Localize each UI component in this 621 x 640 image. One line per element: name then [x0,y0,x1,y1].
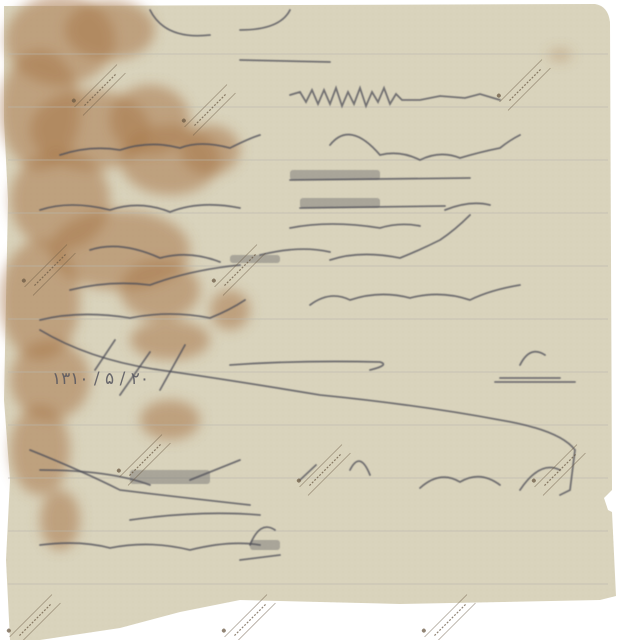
date-annotation: ۱۳۱۰ / ۵ / ۲۰ [52,369,149,389]
scanned-document: ۱۳۱۰ / ۵ / ۲۰ ۱۳۱۰/۵/۲۰ Persian [0,0,621,640]
svg-text:۱۳۱۰ / ۵ / ۲۰: ۱۳۱۰ / ۵ / ۲۰ [52,369,149,389]
document-scan: ۱۳۱۰ / ۵ / ۲۰ [0,0,621,640]
